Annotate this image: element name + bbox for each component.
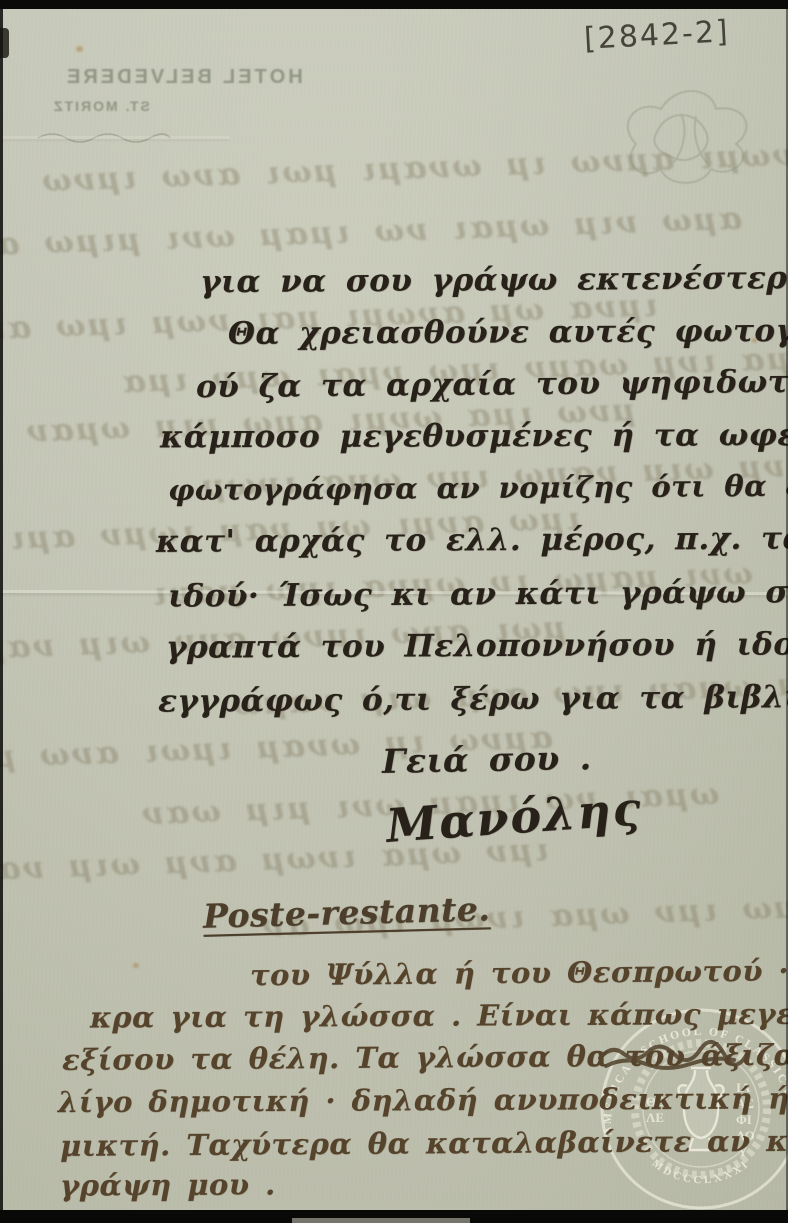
embossed-crest-mark [596,74,766,194]
body-line: κατ' αρχάς το ελλ. μέρος, π.χ. τα 1-2, [156,520,788,560]
postscript-line: του Ψύλλα ή του Θεσπρωτού · έλα υπομή- [250,952,788,993]
letterhead-city: ST. MORITZ [52,98,150,114]
postscript-line: λίγο δημοτική · δηλαδή ανυποδεικτική ή ό… [58,1081,788,1119]
bleed-row: αμω νιμ ωμαι νω ιμαμ ωνι μιμω αν [0,201,743,264]
body-line: ιδού· Ίσως κι αν κάτι γράψω σήμερα [168,573,788,614]
closing-line: Γειά σου . [382,738,592,781]
body-line: κάμποσο μεγεθυσμένες ή τα ωφεληθούνε [160,417,788,456]
poste-restante-heading: Poste-restante. [203,889,491,936]
body-line: για να σου γράψω εκτενέστερα . [200,260,788,300]
postscript-line: εξίσου τα θέλη. Τα γλώσσα θα του άξιζα κ… [62,1037,788,1077]
scan-edge-bottom [0,1210,788,1223]
body-line: ού ζα τα αρχαία του ψηφιδωτά κάτι [196,363,788,405]
scan-edge-top [0,0,788,9]
body-line: γραπτά του Πελοποννήσου ή ιδού [166,626,788,665]
foxing-spot [76,46,83,52]
archive-number: [2842-2] [583,14,730,57]
corner-blot [0,28,9,58]
foxing-spot [133,963,139,968]
body-line: εγγράφως ό,τι ξέρω για τα βιβλία σας [158,678,788,719]
scan-edge-notch [292,1218,470,1223]
foxing-spot [752,338,757,343]
fold-crease-minor [0,136,230,139]
body-line: Θα χρειασθούνε αυτές φωτογράμματα [228,312,788,352]
postscript-line: γράψη μου . [60,1167,276,1202]
postscript-line: κρα για τη γλώσσα . Είναι κάπως μεγεθυσμ… [90,996,788,1035]
letterhead-hotel-name: HOTEL BELVEDERE [64,66,303,89]
body-line: φωτογράφησα αν νομίζης ότι θα ξαναχρειασ… [168,467,788,507]
postscript-line: μικτή. Ταχύτερα θα καταλαβαίνετε αν κάτι… [60,1123,788,1163]
letter-page: νωμι αμνω ιμ ωναμι μωι ανω ιμνω αμω νιμ … [0,0,788,1223]
scan-edge-left [0,0,3,1223]
